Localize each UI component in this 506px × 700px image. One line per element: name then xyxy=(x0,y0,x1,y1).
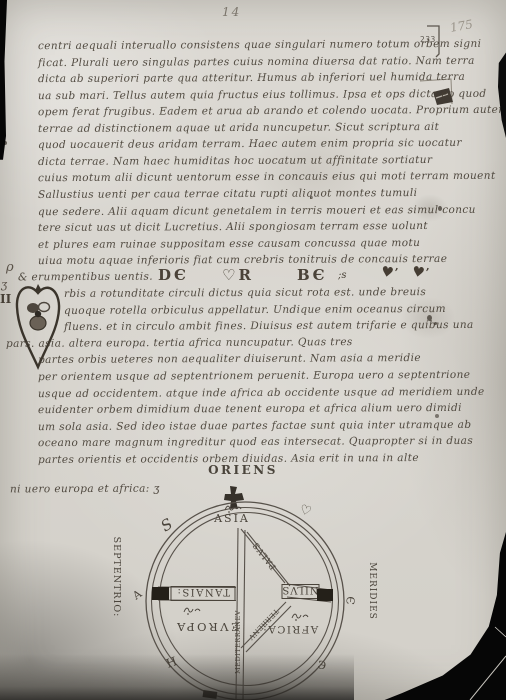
text-line: oceano mare magnum ingreditur quod eas i… xyxy=(38,435,473,449)
text-line: ficat. Plurali uero singulas partes cuiu… xyxy=(38,54,475,68)
text-line: tere sicut uas ut dicit Lucretius. Alii … xyxy=(38,220,428,234)
text-line: um sola asia. Sed ideo istae duae partes… xyxy=(38,419,471,433)
text-line: quoque rotella orbiculus appellatur. Und… xyxy=(64,303,446,317)
tanais-end-block xyxy=(152,587,169,600)
text-line: fluens. et in circulo ambit fines. Diuis… xyxy=(64,319,474,333)
text-line: que sedere. Alii aquam dicunt genetalem … xyxy=(38,203,476,217)
text-line: cuius motum alii dicunt uentorum esse in… xyxy=(38,170,496,184)
arabic-gloss-icon xyxy=(292,614,308,620)
text-line: terrae ad distinctionem aquae ut arida n… xyxy=(38,121,439,135)
text-line: dicta terrae. Nam haec humiditas hoc uoc… xyxy=(38,154,432,168)
heading-be: BЄ xyxy=(297,266,328,284)
text-line: Sallustius uenti per caua terrae citatu … xyxy=(38,187,417,201)
ring-letter-e: Є xyxy=(343,596,357,606)
map-label-europa: EVROPA xyxy=(175,620,240,634)
text-line: opem ferat frugibus. Eadem et arua ab ar… xyxy=(38,104,506,118)
text-line: centri aequali interuallo consistens qua… xyxy=(38,38,481,52)
ink-spot xyxy=(438,206,442,211)
heart-flourish-icon: ♥ʼ xyxy=(380,264,400,283)
text-line: partes orbis ueteres non aequaliter diui… xyxy=(38,352,421,366)
ink-spot xyxy=(435,414,439,418)
ring-letter-w: A xyxy=(129,587,145,603)
map-label-africa: AFRICA: xyxy=(262,623,320,635)
text-line: pars. asia. altera europa. tertia africa… xyxy=(6,336,353,350)
page-bottom-shadow xyxy=(0,654,354,700)
map-label-oriens: ORIENS xyxy=(208,463,278,477)
text-line: usque ad occidentem. atque inde africa a… xyxy=(38,385,485,399)
map-label-nilus: NILVS xyxy=(281,584,318,595)
ink-spot xyxy=(434,322,437,325)
text-line: quod uocauerit deus aridam terram. Haec … xyxy=(38,137,462,151)
ink-spot xyxy=(427,315,432,321)
text-line: dicta ab superiori parte qua atteritur. … xyxy=(38,71,465,85)
map-label-tanais: TANAIS: xyxy=(176,586,230,597)
manuscript-photo: 14 175 233 ρ ʒ II centri aequali interua… xyxy=(0,0,506,700)
arabic-gloss-icon xyxy=(184,608,200,614)
text-line: per orientem usque ad septentrionem peru… xyxy=(38,369,470,383)
map-label-palus: PALVS xyxy=(251,539,279,571)
map-label-asia: ASIA xyxy=(213,512,250,525)
text-line: euidenter orbem dimidium duae tenent eur… xyxy=(38,402,462,416)
heart-flourish-icon: ♥ʼ xyxy=(411,264,431,283)
text-line: & erumpentibus uentis. xyxy=(18,270,153,283)
ring-heart-icon: ♡ xyxy=(298,502,313,520)
text-line: ua sub mari. Tellus autem quia fructus e… xyxy=(38,87,487,101)
heading-de: DЄ xyxy=(158,266,189,284)
text-line: et plures eam ruinae suppositam esse cau… xyxy=(38,237,420,251)
nilus-end-block xyxy=(317,589,333,601)
text-line: rbis a rotunditate circuli dictus quia s… xyxy=(64,286,426,300)
ink-spot xyxy=(310,196,313,199)
heading-punctuation: ;s xyxy=(338,270,347,281)
cross-pattee-icon xyxy=(224,486,244,509)
map-label-septentrio: SEPTENTRIO: xyxy=(111,537,122,618)
heading-or-heart-o: ♡R xyxy=(222,266,254,284)
map-label-meridies: MERIDIES xyxy=(367,562,377,620)
